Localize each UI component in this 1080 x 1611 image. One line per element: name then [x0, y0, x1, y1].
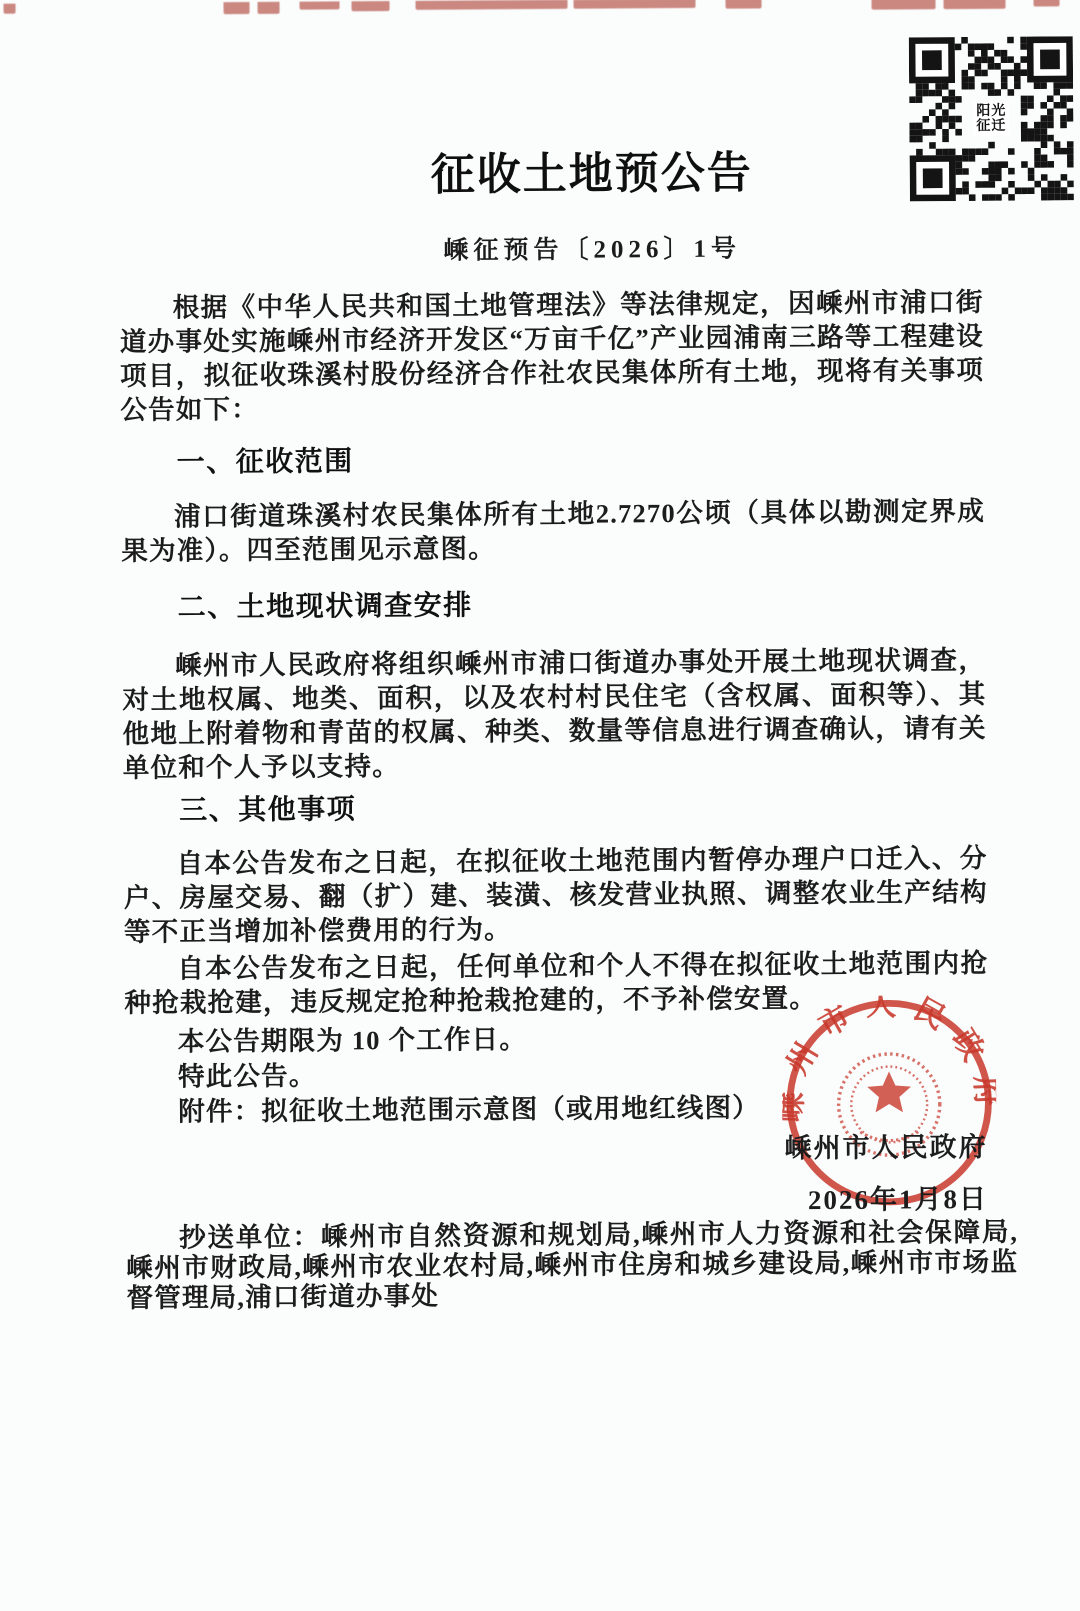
page: 阳光 征迁 征收土地预公告 嵊征预告〔2026〕1号 根据《中华人民共和国土地管…	[0, 0, 1080, 1611]
red-top-fragments	[0, 0, 1075, 4]
doc-number: 嵊征预告〔2026〕1号	[107, 226, 1077, 269]
qr-label: 阳光 征迁	[973, 102, 1009, 136]
title-block: 征收土地预公告 嵊征预告〔2026〕1号	[106, 134, 1077, 269]
scanned-sheet: 阳光 征迁 征收土地预公告 嵊征预告〔2026〕1号 根据《中华人民共和国土地管…	[0, 0, 1080, 1611]
section-3-heading: 三、其他事项	[123, 789, 987, 829]
section-3-para-1: 自本公告发布之日起，在拟征收土地范围内暂停办理户口迁入、分户、房屋交易、翻（扩）…	[123, 841, 988, 949]
qr-label-line2: 征迁	[976, 119, 1006, 134]
intro-paragraph: 根据《中华人民共和国土地管理法》等法律规定，因嵊州市浦口街道办事处实施嵊州市经济…	[120, 285, 985, 427]
qr-label-line1: 阳光	[976, 104, 1006, 119]
issue-date: 2026年1月8日	[808, 1177, 988, 1217]
section-1-heading: 一、征收范围	[121, 441, 985, 481]
doc-title: 征收土地预公告	[106, 134, 1076, 205]
section-1-body: 浦口街道珠溪村农民集体所有土地2.7270公顷（具体以勘测定界成果为准）。四至范…	[121, 494, 985, 568]
section-2-heading: 二、土地现状调查安排	[122, 586, 986, 626]
cc-list: 抄送单位：嵊州市自然资源和规划局,嵊州市人力资源和社会保障局,嵊州市财政局,嵊州…	[126, 1217, 1019, 1313]
seal-star-icon	[867, 1071, 911, 1112]
issuer-signature: 嵊州市人民政府	[784, 1125, 987, 1165]
section-2-body: 嵊州市人民政府将组织嵊州市浦口街道办事处开展土地现状调查，对土地权属、地类、面积…	[122, 643, 987, 785]
